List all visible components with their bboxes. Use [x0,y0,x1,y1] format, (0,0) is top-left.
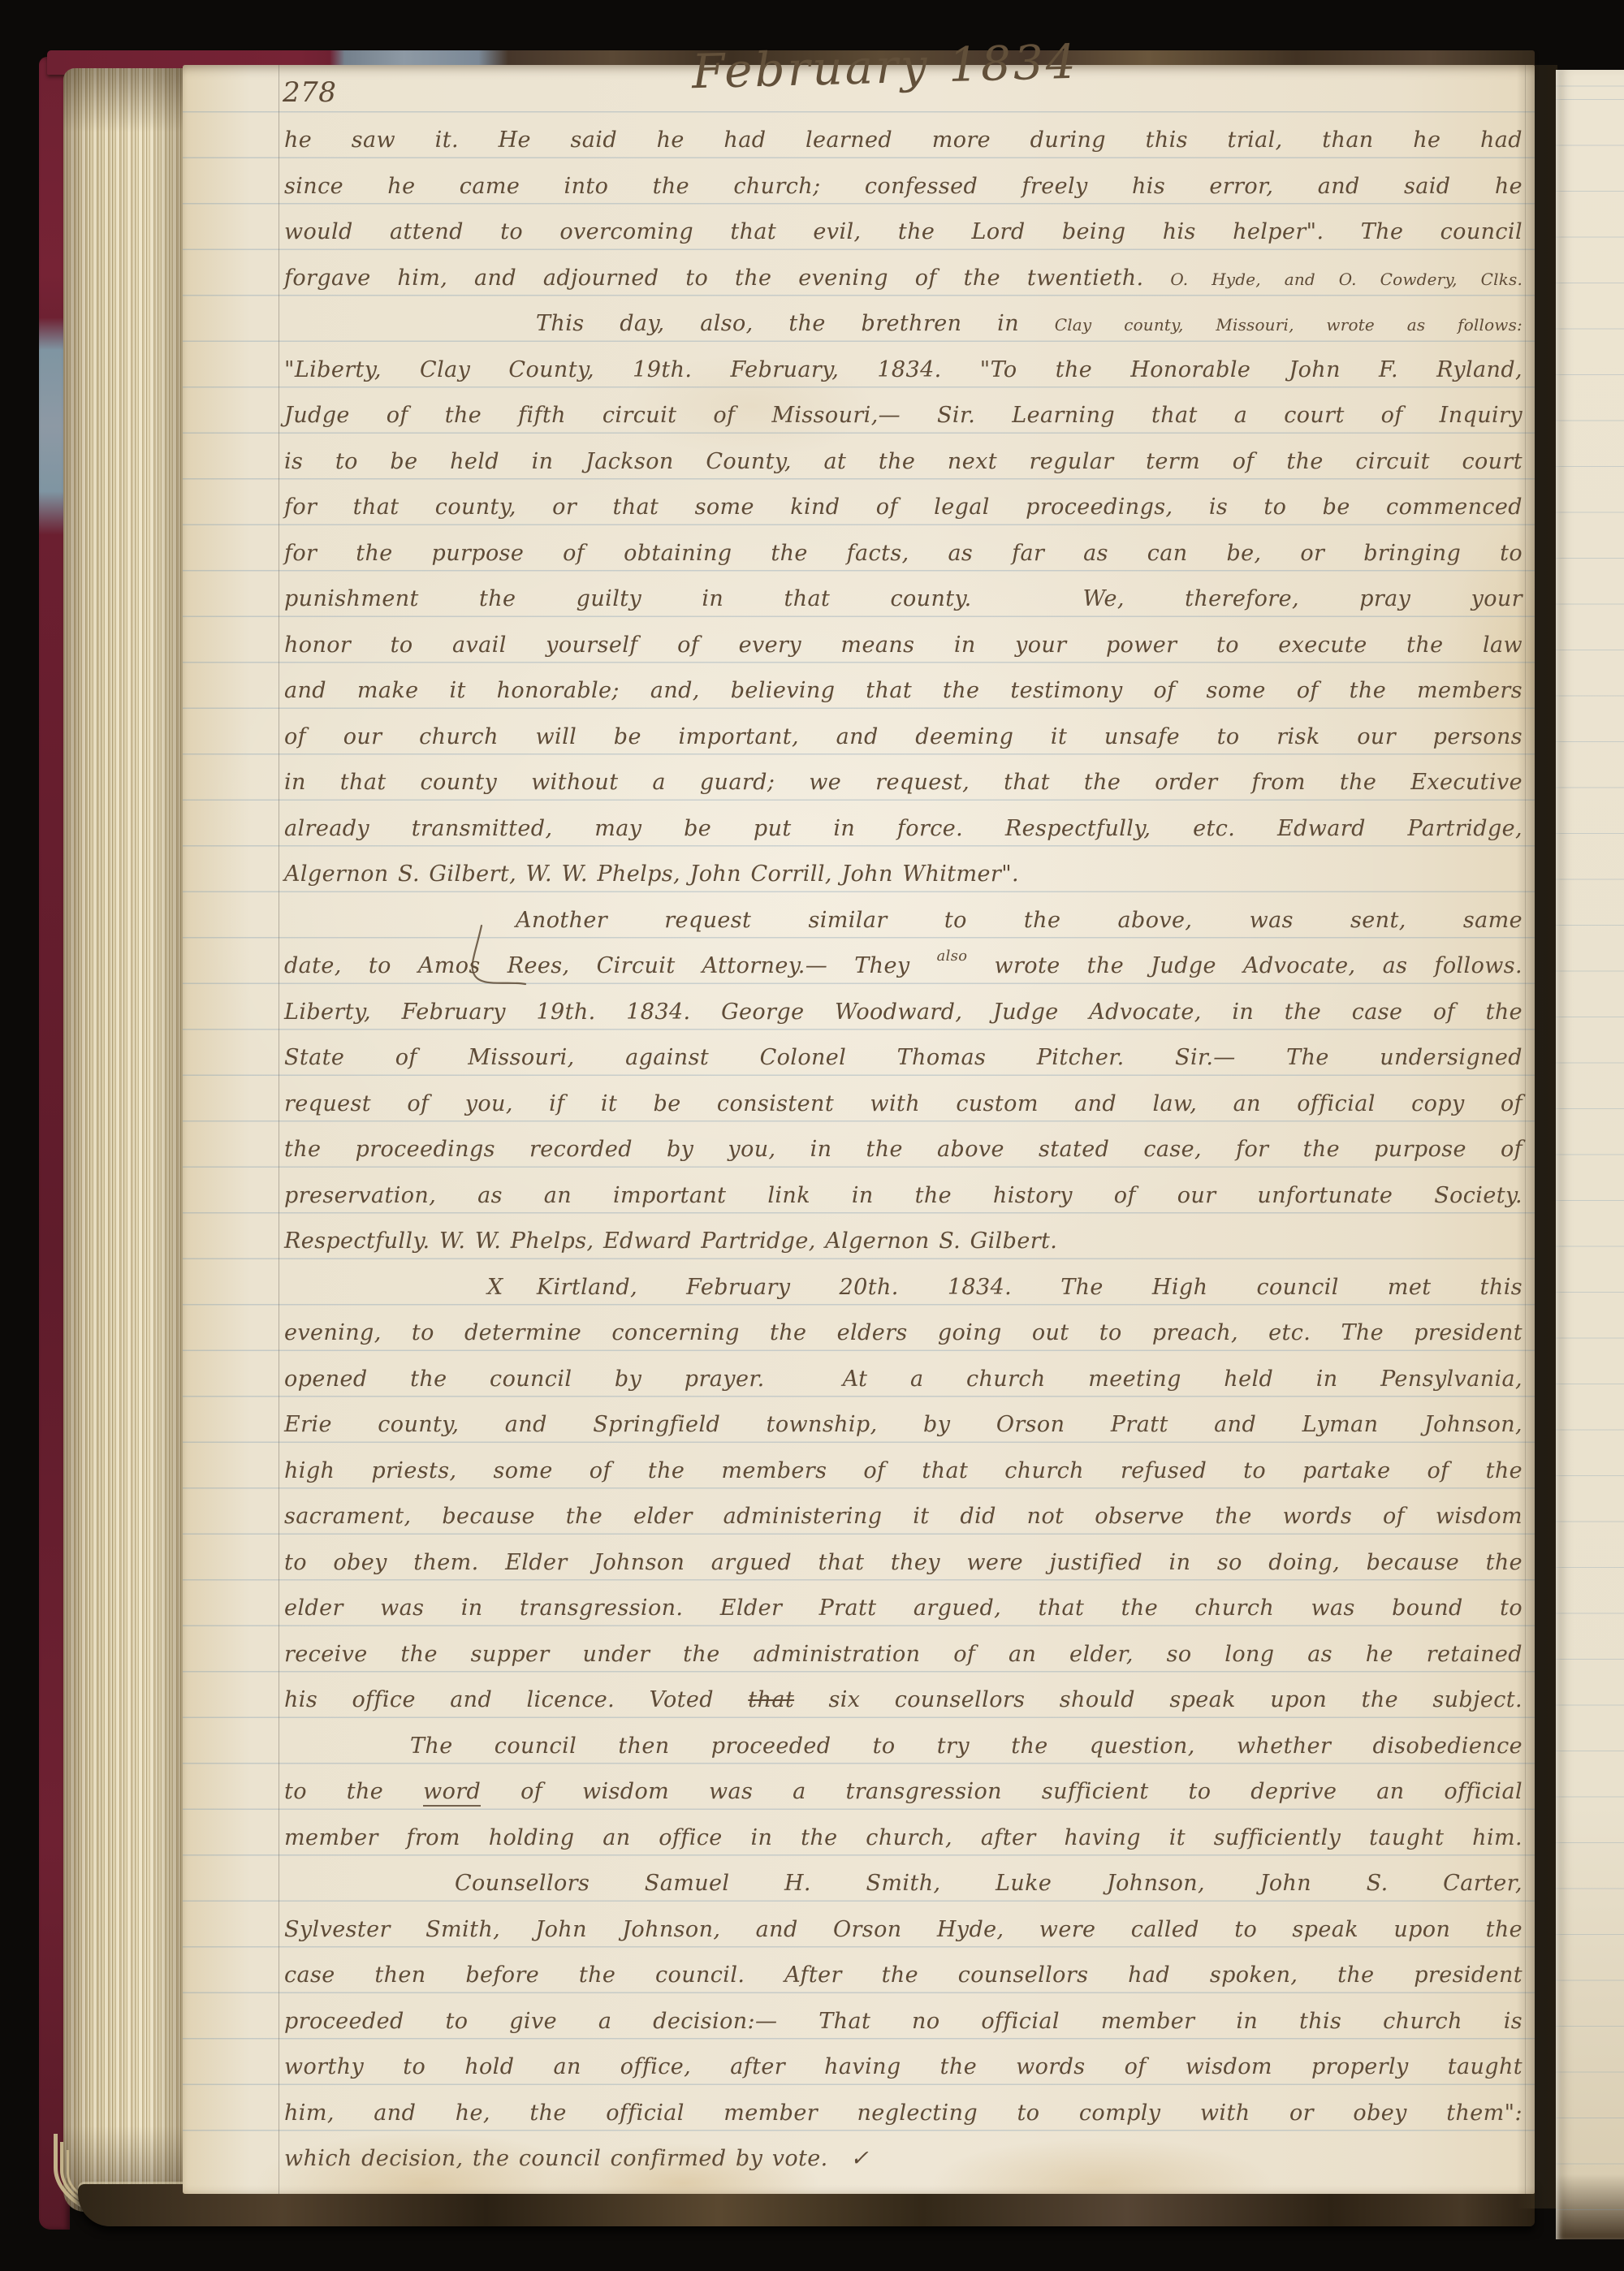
manuscript-line: worthy to hold an office, after having t… [284,2055,1522,2079]
manuscript-line: case then before the council. After the … [284,1963,1522,1988]
manuscript-line: State of Missouri, against Colonel Thoma… [284,1046,1522,1070]
manuscript-line: receive the supper under the administrat… [284,1643,1522,1667]
manuscript-line: him, and he, the official member neglect… [284,2101,1522,2126]
manuscript-line: sacrament, because the elder administeri… [284,1505,1522,1529]
manuscript-line: Another request similar to the above, wa… [516,909,1522,933]
manuscript-line: "Liberty, Clay County, 19th. February, 1… [284,358,1522,382]
manuscript-line: Counsellors Samuel H. Smith, Luke Johnso… [455,1872,1522,1896]
manuscript-line: to the word of wisdom was a transgressio… [284,1780,1522,1804]
manuscript-line: date, to Amos Rees, Circuit Attorney.— T… [284,954,1522,978]
manuscript-line: in that county without a guard; we reque… [284,771,1522,795]
manuscript-line: This day, also, the brethren in Clay cou… [536,312,1522,336]
manuscript-line: preservation, as an important link in th… [284,1184,1522,1208]
manuscript-line: the proceedings recorded by you, in the … [284,1138,1522,1162]
manuscript-line: Algernon S. Gilbert, W. W. Phelps, John … [284,862,1176,887]
manuscript-line: X Kirtland, February 20th. 1834. The Hig… [487,1276,1522,1300]
manuscript-line: opened the council by prayer. At a churc… [284,1367,1522,1392]
manuscript-line: Liberty, February 19th. 1834. George Woo… [284,1000,1522,1025]
manuscript-line: forgave him, and adjourned to the evenin… [284,266,1522,291]
manuscript-line: to obey them. Elder Johnson argued that … [284,1551,1522,1575]
manuscript-line: Respectfully. W. W. Phelps, Edward Partr… [284,1229,1324,1254]
manuscript-line: of our church will be important, and dee… [284,725,1522,749]
manuscript-line: The council then proceeded to try the qu… [410,1734,1522,1759]
manuscript-line: since he came into the church; confessed… [284,175,1522,199]
manuscript-line: which decision, the council confirmed by… [284,2147,1151,2171]
manuscript-line: is to be held in Jackson County, at the … [284,450,1522,474]
manuscript-line: his office and licence. Voted that six c… [284,1688,1522,1712]
book-fore-edge-pages [63,68,185,2212]
page-number: 278 [283,76,336,109]
manuscript-line: Judge of the fifth circuit of Missouri,—… [284,404,1522,428]
manuscript-line: request of you, if it be consistent with… [284,1092,1522,1116]
margin-line-left [279,65,279,2194]
manuscript-line: member from holding an office in the chu… [284,1826,1522,1850]
scanned-book-photo: { "document": { "page_number": "278", "h… [0,0,1624,2271]
manuscript-line: proceeded to give a decision:— That no o… [284,2010,1522,2034]
manuscript-line: elder was in transgression. Elder Pratt … [284,1596,1522,1621]
manuscript-line: honor to avail yourself of every means i… [284,633,1522,658]
manuscript-line: evening, to determine concerning the eld… [284,1321,1522,1345]
gutter-shadow [1517,65,1557,2208]
manuscript-line: Sylvester Smith, John Johnson, and Orson… [284,1918,1522,1942]
manuscript-line: he saw it. He said he had learned more d… [284,128,1522,153]
manuscript-line: for that county, or that some kind of le… [284,495,1522,520]
manuscript-line: Erie county, and Springfield township, b… [284,1413,1522,1437]
manuscript-line: for the purpose of obtaining the facts, … [284,542,1522,566]
manuscript-line: and make it honorable; and, believing th… [284,679,1522,703]
manuscript-line: high priests, some of the members of tha… [284,1459,1522,1483]
page-header-date: February 1834 [691,34,1078,99]
manuscript-line: already transmitted, may be put in force… [284,817,1522,841]
next-page-edge [1556,70,1624,2239]
manuscript-line: punishment the guilty in that county. We… [284,587,1522,611]
manuscript-line: would attend to overcoming that evil, th… [284,220,1522,244]
